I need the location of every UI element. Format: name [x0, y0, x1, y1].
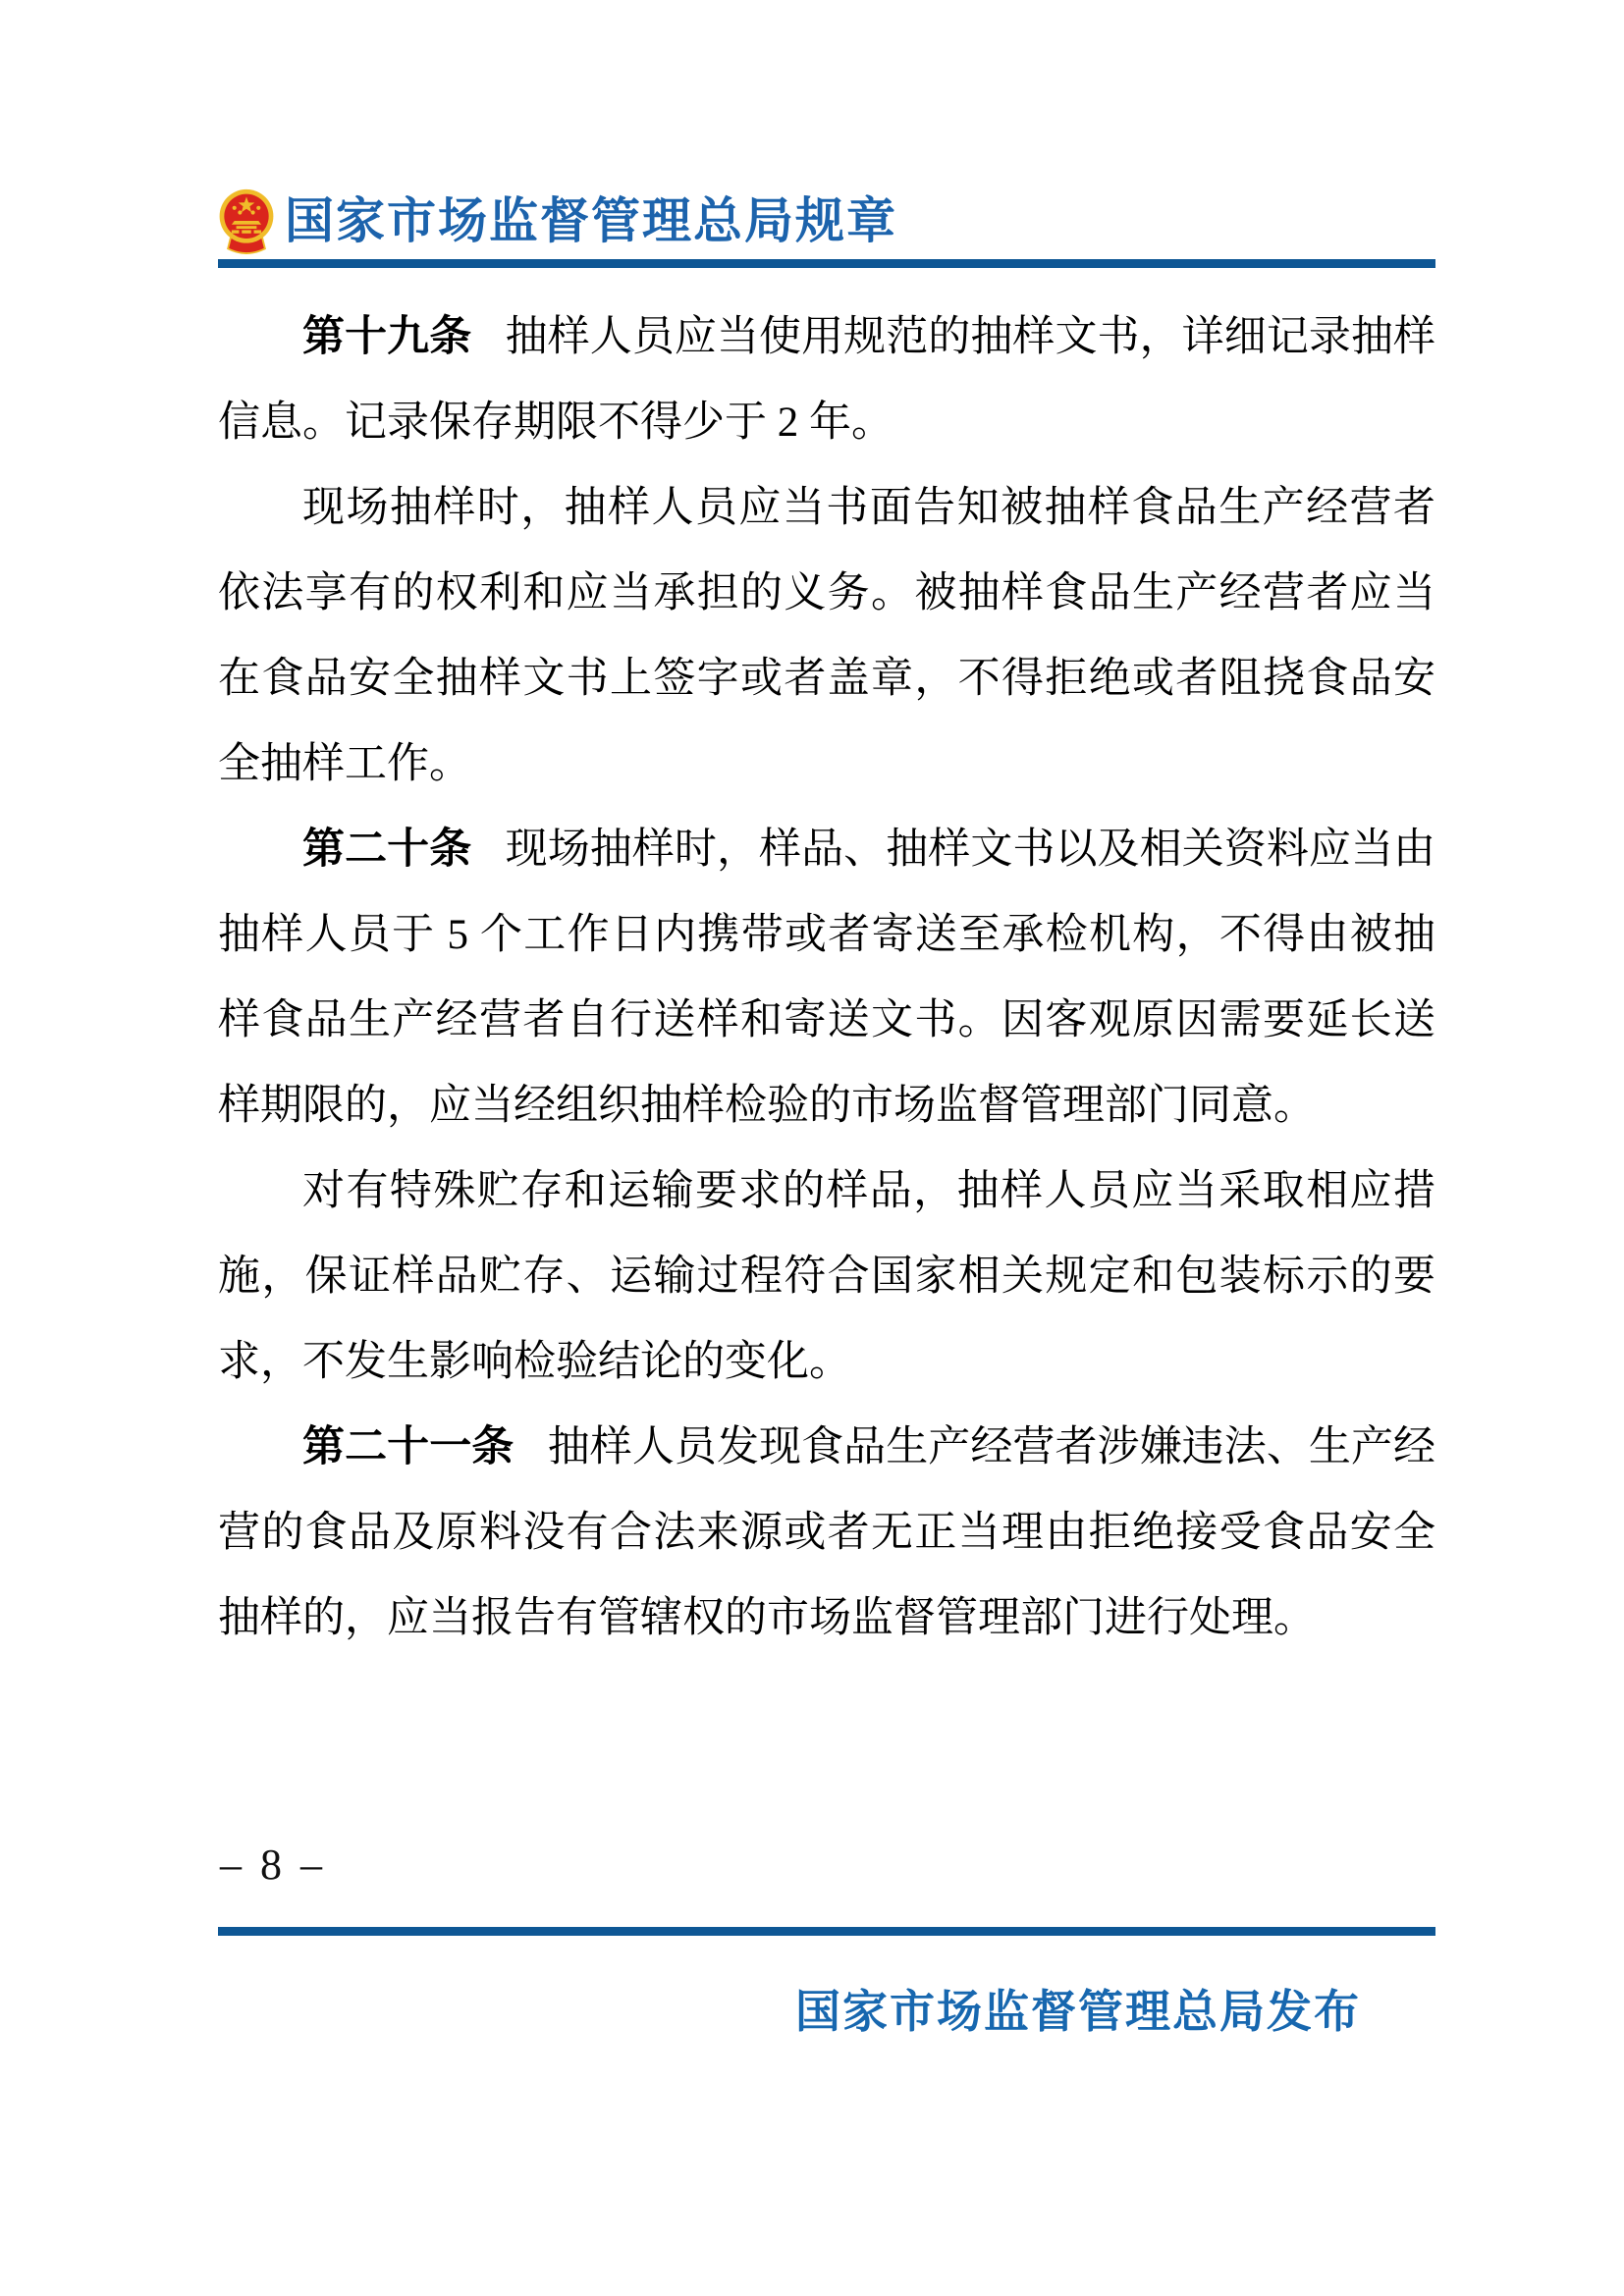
document-page: 国家市场监督管理总局规章 第十九条抽样人员应当使用规范的抽样文书，详细记录抽样信…: [0, 0, 1624, 2296]
article-number-label: 第十九条: [302, 313, 471, 360]
body-paragraph: 现场抽样时，抽样人员应当书面告知被抽样食品生产经营者依法享有的权利和应当承担的义…: [218, 465, 1435, 807]
article-number-label: 第二十条: [302, 826, 471, 873]
body-paragraph: 第二十条现场抽样时，样品、抽样文书以及相关资料应当由抽样人员于 5 个工作日内携…: [218, 807, 1435, 1148]
body-paragraph: 第二十一条抽样人员发现食品生产经营者涉嫌违法、生产经营的食品及原料没有合法来源或…: [218, 1405, 1435, 1661]
national-emblem-icon: [218, 187, 275, 254]
header-title: 国家市场监督管理总局规章: [285, 196, 897, 245]
header-divider: [218, 259, 1435, 268]
paragraph-text: 对有特殊贮存和运输要求的样品，抽样人员应当采取相应措施，保证样品贮存、运输过程符…: [218, 1168, 1435, 1385]
body-paragraph: 第十九条抽样人员应当使用规范的抽样文书，详细记录抽样信息。记录保存期限不得少于 …: [218, 294, 1435, 465]
document-body: 第十九条抽样人员应当使用规范的抽样文书，详细记录抽样信息。记录保存期限不得少于 …: [218, 294, 1435, 1661]
footer-divider: [218, 1927, 1435, 1936]
publisher-label: 国家市场监督管理总局发布: [218, 1985, 1361, 2039]
body-paragraph: 对有特殊贮存和运输要求的样品，抽样人员应当采取相应措施，保证样品贮存、运输过程符…: [218, 1148, 1435, 1405]
article-number-label: 第二十一条: [302, 1423, 514, 1470]
page-number: – 8 –: [220, 1838, 326, 1893]
page-header: 国家市场监督管理总局规章: [218, 183, 897, 259]
paragraph-text: 现场抽样时，抽样人员应当书面告知被抽样食品生产经营者依法享有的权利和应当承担的义…: [218, 485, 1435, 787]
